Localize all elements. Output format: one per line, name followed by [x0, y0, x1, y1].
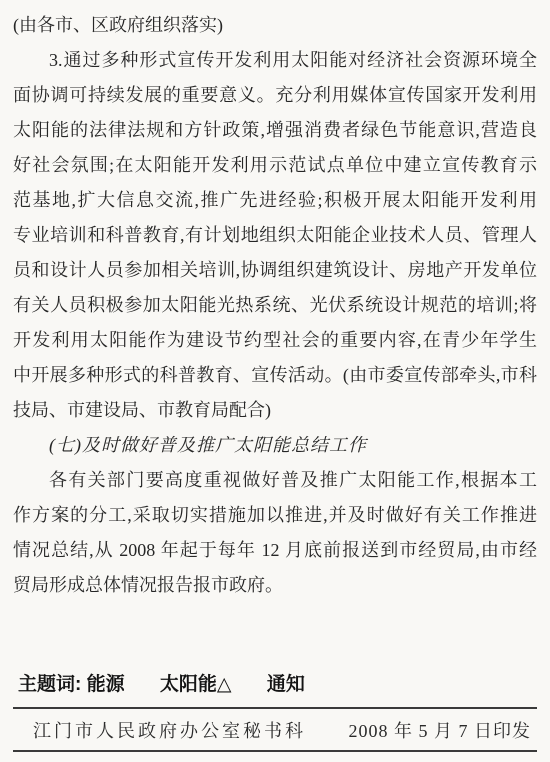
body-line: 面协调可持续发展的重要意义。充分利用媒体宣传国家开发利用: [13, 78, 537, 113]
issuing-office: 江门市人民政府办公室秘书科: [33, 717, 306, 743]
body-line: 开发利用太阳能作为建设节约型社会的重要内容,在青少年学生: [13, 323, 537, 358]
body-line: 情况总结,从 2008 年起于每年 12 月底前报送到市经贸局,由市经: [13, 533, 537, 568]
body-line: 贸局形成总体情况报告报市政府。: [13, 568, 537, 603]
subject-term: 通知: [267, 674, 305, 695]
body-line: 技局、市建设局、市教育局配合): [13, 393, 537, 428]
body-line: 太阳能的法律法规和方针政策,增强消费者绿色节能意识,营造良: [13, 113, 537, 148]
body-line: 中开展多种形式的科普教育、宣传活动。(由市委宣传部牵头,市科: [13, 358, 537, 393]
separator-line-bottom: [13, 750, 537, 752]
body-line: 范基地,扩大信息交流,推广先进经验;积极开展太阳能开发利用: [13, 183, 537, 218]
print-date: 2008 年 5 月 7 日印发: [349, 717, 532, 743]
body-line: (由各市、区政府组织落实): [13, 8, 537, 43]
issuer-row: 江门市人民政府办公室秘书科 2008 年 5 月 7 日印发: [13, 709, 537, 750]
document-body: (由各市、区政府组织落实) 3.通过多种形式宣传开发利用太阳能对经济社会资源环境…: [13, 8, 537, 603]
subject-terms-row: 主题词: 能源 太阳能△ 通知: [13, 672, 537, 698]
body-line: 3.通过多种形式宣传开发利用太阳能对经济社会资源环境全: [13, 43, 537, 78]
body-line: 作方案的分工,采取切实措施加以推进,并及时做好有关工作推进: [13, 498, 537, 533]
body-line: 专业培训和科普教育,有计划地组织太阳能企业技术人员、管理人: [13, 218, 537, 253]
document-page: (由各市、区政府组织落实) 3.通过多种形式宣传开发利用太阳能对经济社会资源环境…: [0, 0, 550, 762]
subject-label: 主题词:: [18, 674, 81, 695]
subject-term: 太阳能△: [160, 674, 232, 695]
subject-term: 能源: [87, 674, 125, 695]
body-line: 各有关部门要高度重视做好普及推广太阳能工作,根据本工: [13, 463, 537, 498]
body-line: 员和设计人员参加相关培训,协调组织建筑设计、房地产开发单位: [13, 253, 537, 288]
body-line: 有关人员积极参加太阳能光热系统、光伏系统设计规范的培训;将: [13, 288, 537, 323]
section-heading: (七)及时做好普及推广太阳能总结工作: [13, 428, 537, 463]
body-line: 好社会氛围;在太阳能开发利用示范试点单位中建立宣传教育示: [13, 148, 537, 183]
